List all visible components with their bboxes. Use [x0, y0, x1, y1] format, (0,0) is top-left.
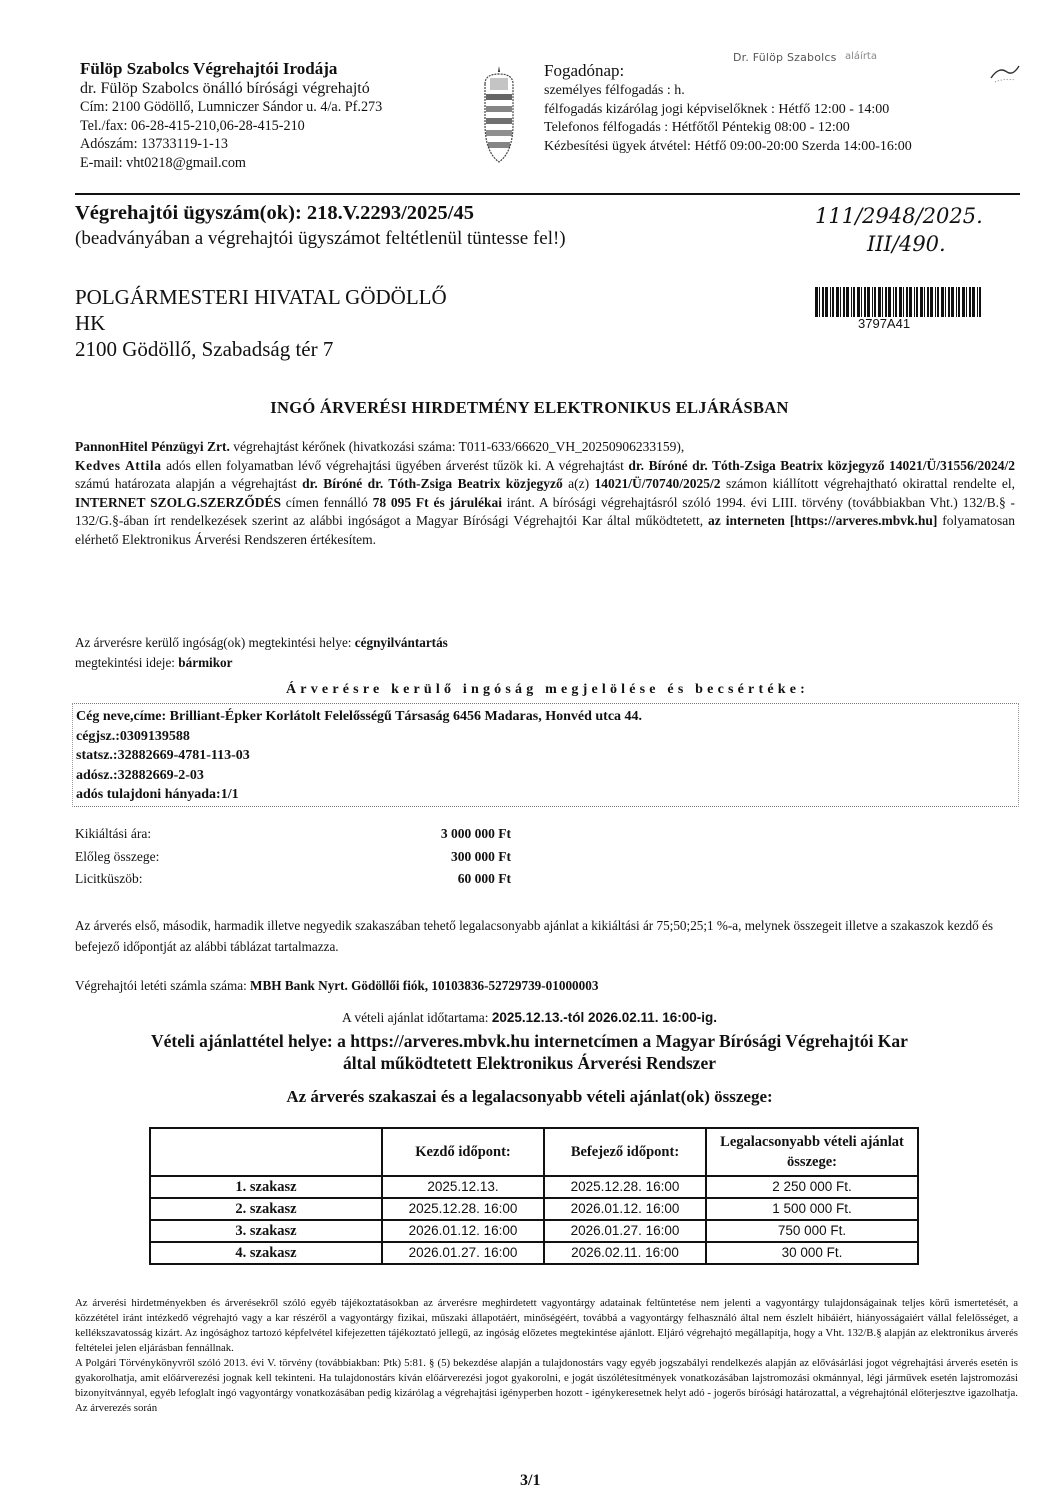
viewing-time-value: bármikor — [178, 655, 232, 670]
stage-name: 4. szakasz — [150, 1242, 382, 1264]
item-line: adós tulajdoni hányada:1/1 — [76, 785, 642, 805]
addressee-line: HK — [75, 310, 447, 336]
viewing-place-value: cégnyilvántartás — [355, 635, 448, 650]
fine-print: Az árverési hirdetményekben és árverések… — [75, 1296, 1018, 1416]
stage-date: 2026.01.27. 16:00 — [544, 1220, 706, 1242]
office-tax-id: Adószám: 13733119-1-13 — [80, 135, 470, 154]
auction-url[interactable]: az interneten [https://arveres.mbvk.hu] — [708, 513, 937, 528]
stage-date: 2025.12.28. 16:00 — [382, 1198, 544, 1220]
office-phone: Tel./fax: 06-28-415-210,06-28-415-210 — [80, 117, 470, 136]
price-list: Kikiáltási ára:3 000 000 Ft Előleg össze… — [75, 823, 511, 891]
stage-date: 2025.12.13. — [382, 1176, 544, 1198]
table-header-row: Kezdő időpont: Befejező időpont: Legalac… — [150, 1128, 918, 1176]
item-details: Cég neve,címe: Brilliant-Épker Korlátolt… — [76, 707, 642, 805]
offer-period-dates: 2025.12.13.-tól 2026.02.11. 16:00-ig. — [492, 1010, 717, 1025]
coat-of-arms-icon — [480, 64, 518, 164]
stage-date: 2026.02.11. 16:00 — [544, 1242, 706, 1264]
stage-date: 2026.01.12. 16:00 — [544, 1198, 706, 1220]
contract-title: INTERNET SZOLG.SZERZŐDÉS — [75, 495, 281, 510]
reception-title: Fogadónap: — [544, 60, 1014, 82]
table-row: 1. szakasz2025.12.13.2025.12.28. 16:002 … — [150, 1176, 918, 1198]
table-row: 4. szakasz2026.01.27. 16:002026.02.11. 1… — [150, 1242, 918, 1264]
price-row: Kikiáltási ára:3 000 000 Ft — [75, 823, 511, 846]
bank-label: Végrehajtói letéti számla száma: — [75, 978, 250, 993]
addressee-line: 2100 Gödöllő, Szabadság tér 7 — [75, 336, 447, 362]
page-number: 3/1 — [520, 1472, 540, 1490]
stages-table-title: Az árverés szakaszai és a legalacsonyabb… — [0, 1087, 1059, 1107]
barcode-number: 3797A41 — [858, 316, 910, 331]
body-text: végrehajtást kérőnek (hivatkozási száma:… — [230, 439, 684, 454]
reception-hours: Fogadónap: személyes félfogadás : h. fél… — [544, 60, 1014, 156]
case-number-note: (beadványában a végrehajtói ügyszámot fe… — [75, 226, 775, 251]
addressee: POLGÁRMESTERI HIVATAL GÖDÖLLŐ HK 2100 Gö… — [75, 284, 447, 362]
bank-value: MBH Bank Nyrt. Gödöllői fiók, 10103836-5… — [250, 978, 598, 993]
handwritten-line: 111/2948/2025. — [815, 202, 983, 230]
officer-name: dr. Fülöp Szabolcs önálló bírósági végre… — [80, 79, 470, 98]
stages-note: Az árverés első, második, harmadik illet… — [75, 915, 1020, 957]
price-value: 300 000 Ft — [451, 846, 511, 869]
addressee-line: POLGÁRMESTERI HIVATAL GÖDÖLLŐ — [75, 284, 447, 310]
offer-period: A vételi ajánlat időtartama: 2025.12.13.… — [0, 1010, 1059, 1026]
header-divider — [75, 193, 1020, 195]
body-text: a(z) — [563, 476, 595, 491]
barcode-icon — [815, 287, 983, 317]
body-text: számon kiállított végrehajtható okiratta… — [721, 476, 1015, 491]
body-text: számú határozata alapján a végrehajtást — [75, 476, 302, 491]
reception-line: Kézbesítési ügyek átvétel: Hétfő 09:00-2… — [544, 138, 1014, 157]
column-header: Befejező időpont: — [544, 1128, 706, 1176]
min-offer: 750 000 Ft. — [706, 1220, 918, 1242]
stage-date: 2026.01.27. 16:00 — [382, 1242, 544, 1264]
office-email: E-mail: vht0218@gmail.com — [80, 154, 470, 173]
office-name: Fülöp Szabolcs Végrehajtói Irodája — [80, 58, 470, 79]
office-address: Cím: 2100 Gödöllő, Lumniczer Sándor u. 4… — [80, 98, 470, 117]
column-header: Kezdő időpont: — [382, 1128, 544, 1176]
handwritten-line: III/490. — [815, 230, 983, 258]
creditor-name: PannonHitel Pénzügyi Zrt. — [75, 439, 230, 454]
item-section-header: Árverésre kerülő ingóság megjelölése és … — [75, 682, 1020, 698]
document-number: 14021/Ü/70740/2025/2 — [595, 476, 721, 491]
table-row: 3. szakasz2026.01.12. 16:002026.01.27. 1… — [150, 1220, 918, 1242]
offer-place-line: Vételi ajánlattétel helye: a https://arv… — [0, 1030, 1059, 1052]
stages-table: Kezdő időpont: Befejező időpont: Legalac… — [149, 1127, 919, 1265]
price-label: Licitküszöb: — [75, 868, 143, 891]
item-line: Cég neve,címe: Brilliant-Épker Korlátolt… — [76, 707, 642, 727]
stage-date: 2025.12.28. 16:00 — [544, 1176, 706, 1198]
notary-name: dr. Bíróné dr. Tóth-Zsiga Beatrix közjeg… — [302, 476, 563, 491]
price-row: Előleg összege:300 000 Ft — [75, 846, 511, 869]
notary-reference: dr. Bíróné dr. Tóth-Zsiga Beatrix közjeg… — [628, 458, 1015, 473]
body-text: adós ellen folyamatban lévő végrehajtási… — [162, 458, 629, 473]
offer-place: Vételi ajánlattétel helye: a https://arv… — [0, 1030, 1059, 1074]
min-offer: 30 000 Ft. — [706, 1242, 918, 1264]
offer-period-label: A vételi ajánlat időtartama: — [342, 1010, 492, 1025]
item-line: statsz.:32882669-4781-113-03 — [76, 746, 642, 766]
reception-line: személyes félfogadás : h. — [544, 82, 1014, 101]
case-number-block: Végrehajtói ügyszám(ok): 218.V.2293/2025… — [75, 200, 775, 251]
stage-name: 3. szakasz — [150, 1220, 382, 1242]
debtor-name: Kedves Attila — [75, 458, 162, 473]
price-row: Licitküszöb:60 000 Ft — [75, 868, 511, 891]
handwritten-reference: 111/2948/2025. III/490. — [815, 202, 983, 258]
column-header — [150, 1128, 382, 1176]
table-row: 2. szakasz2025.12.28. 16:002026.01.12. 1… — [150, 1198, 918, 1220]
min-offer: 1 500 000 Ft. — [706, 1198, 918, 1220]
stage-name: 1. szakasz — [150, 1176, 382, 1198]
price-value: 60 000 Ft — [458, 868, 511, 891]
case-number: Végrehajtói ügyszám(ok): 218.V.2293/2025… — [75, 200, 775, 226]
body-paragraph: PannonHitel Pénzügyi Zrt. végrehajtást k… — [75, 438, 1015, 550]
price-value: 3 000 000 Ft — [441, 823, 511, 846]
stage-name: 2. szakasz — [150, 1198, 382, 1220]
viewing-info: Az árverésre kerülő ingóság(ok) megtekin… — [75, 633, 448, 673]
item-line: adósz.:32882669-2-03 — [76, 766, 642, 786]
viewing-time-label: megtekintési ideje: — [75, 655, 178, 670]
offer-place-line: által működtetett Elektronikus Árverési … — [0, 1052, 1059, 1074]
column-header: Legalacsonyabb vételi ajánlat összege: — [706, 1128, 918, 1176]
body-text: címen fennálló — [281, 495, 373, 510]
bank-account: Végrehajtói letéti számla száma: MBH Ban… — [75, 978, 598, 994]
reception-line: Telefonos félfogadás : Hétfőtől Péntekig… — [544, 119, 1014, 138]
office-header: Fülöp Szabolcs Végrehajtói Irodája dr. F… — [80, 58, 470, 172]
reception-line: félfogadás kizárólag jogi képviselőknek … — [544, 101, 1014, 120]
price-label: Előleg összege: — [75, 846, 159, 869]
claim-amount: 78 095 Ft és járulékai — [373, 495, 502, 510]
fine-print-paragraph: Az árverési hirdetményekben és árverések… — [75, 1296, 1018, 1356]
viewing-place-label: Az árverésre kerülő ingóság(ok) megtekin… — [75, 635, 355, 650]
price-label: Kikiáltási ára: — [75, 823, 151, 846]
item-line: cégjsz.:0309139588 — [76, 727, 642, 747]
min-offer: 2 250 000 Ft. — [706, 1176, 918, 1198]
fine-print-paragraph: A Polgári Törvénykönyvről szóló 2013. év… — [75, 1356, 1018, 1416]
stage-date: 2026.01.12. 16:00 — [382, 1220, 544, 1242]
document-title: INGÓ ÁRVERÉSI HIRDETMÉNY ELEKTRONIKUS EL… — [0, 398, 1059, 418]
